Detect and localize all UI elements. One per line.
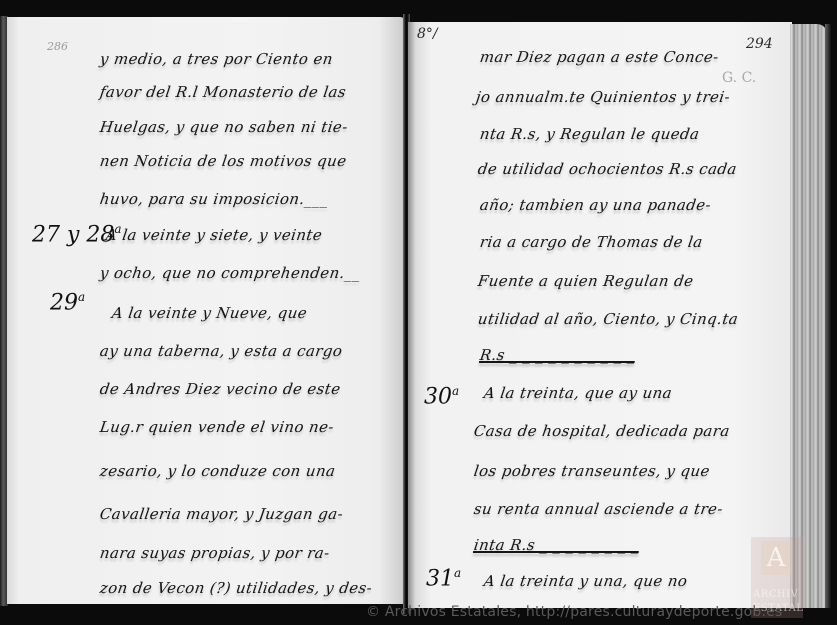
margin-note-30: 30a	[424, 384, 459, 409]
manuscript-line: su renta annual asciende a tre-	[473, 500, 724, 518]
manuscript-line: utilidad al año, Ciento, y Cinq.ta	[477, 310, 740, 328]
manuscript-line: Fuente a quien Regulan de	[477, 272, 695, 290]
manuscript-line: Casa de hospital, dedicada para	[473, 422, 731, 440]
manuscript-line: de utilidad ochocientos R.s cada	[477, 160, 738, 178]
manuscript-line: los pobres transeuntes, y que	[473, 462, 711, 480]
manuscript-scan: 286 y medio, a tres por Ciento en favor …	[0, 0, 837, 625]
manuscript-line: mar Diez pagan a este Conce-	[479, 48, 720, 66]
margin-note-31: 31a	[426, 566, 461, 591]
manuscript-line: jo annualm.te Quinientos y trei-	[475, 88, 732, 106]
page-fore-edge	[790, 24, 827, 608]
manuscript-line: zesario, y lo conduze con una	[99, 462, 337, 480]
left-folio-mark: 286	[47, 40, 68, 53]
archive-logo-text: ARCHIV	[753, 589, 798, 600]
margin-note-27-28: 27 y 28a	[32, 222, 122, 247]
manuscript-line: y medio, a tres por Ciento en	[99, 50, 334, 68]
manuscript-line: nta R.s, y Regulan le queda	[479, 125, 701, 143]
manuscript-line: de Andres Diez vecino de este	[99, 380, 342, 398]
manuscript-line: A la veinte y siete, y veinte	[105, 226, 324, 244]
manuscript-line: Cavalleria mayor, y Juzgan ga-	[99, 505, 345, 523]
archive-logo-mark: A	[761, 541, 791, 575]
manuscript-line: ria a cargo de Thomas de la	[479, 233, 704, 251]
manuscript-line: Huelgas, y que no saben ni tie-	[99, 118, 349, 136]
manuscript-line: nen Noticia de los motivos que	[99, 152, 348, 170]
copyright-watermark: © Archivos Estatales, http://pares.cultu…	[366, 604, 782, 620]
manuscript-line: A la veinte y Nueve, que	[111, 304, 309, 322]
manuscript-line: zon de Vecon (?) utilidades, y des-	[99, 579, 374, 597]
faint-stamp: G. C.	[722, 70, 756, 86]
manuscript-line: Lug.r quien vende el vino ne-	[99, 418, 335, 436]
manuscript-line: A la treinta y una, que no	[483, 572, 689, 590]
manuscript-line: inta R.s _ _ _ _ _ _ _ _	[473, 536, 641, 554]
right-corner-mark: 8°/	[417, 26, 438, 42]
manuscript-line: y ocho, que no comprehenden.__	[99, 264, 362, 282]
margin-note-29: 29a	[50, 290, 85, 315]
manuscript-line: año; tambien ay una panade-	[479, 196, 713, 214]
manuscript-line: nara suyas propias, y por ra-	[99, 544, 331, 562]
manuscript-line: A la treinta, que ay una	[483, 384, 674, 402]
manuscript-line: favor del R.l Monasterio de las	[99, 83, 348, 101]
folio-number: 294	[746, 36, 773, 52]
manuscript-line: R.s _ _ _ _ _ _ _ _ _ _	[479, 346, 637, 364]
manuscript-line: huvo, para su imposicion.___	[99, 190, 330, 208]
manuscript-line: ay una taberna, y esta a cargo	[99, 342, 344, 360]
